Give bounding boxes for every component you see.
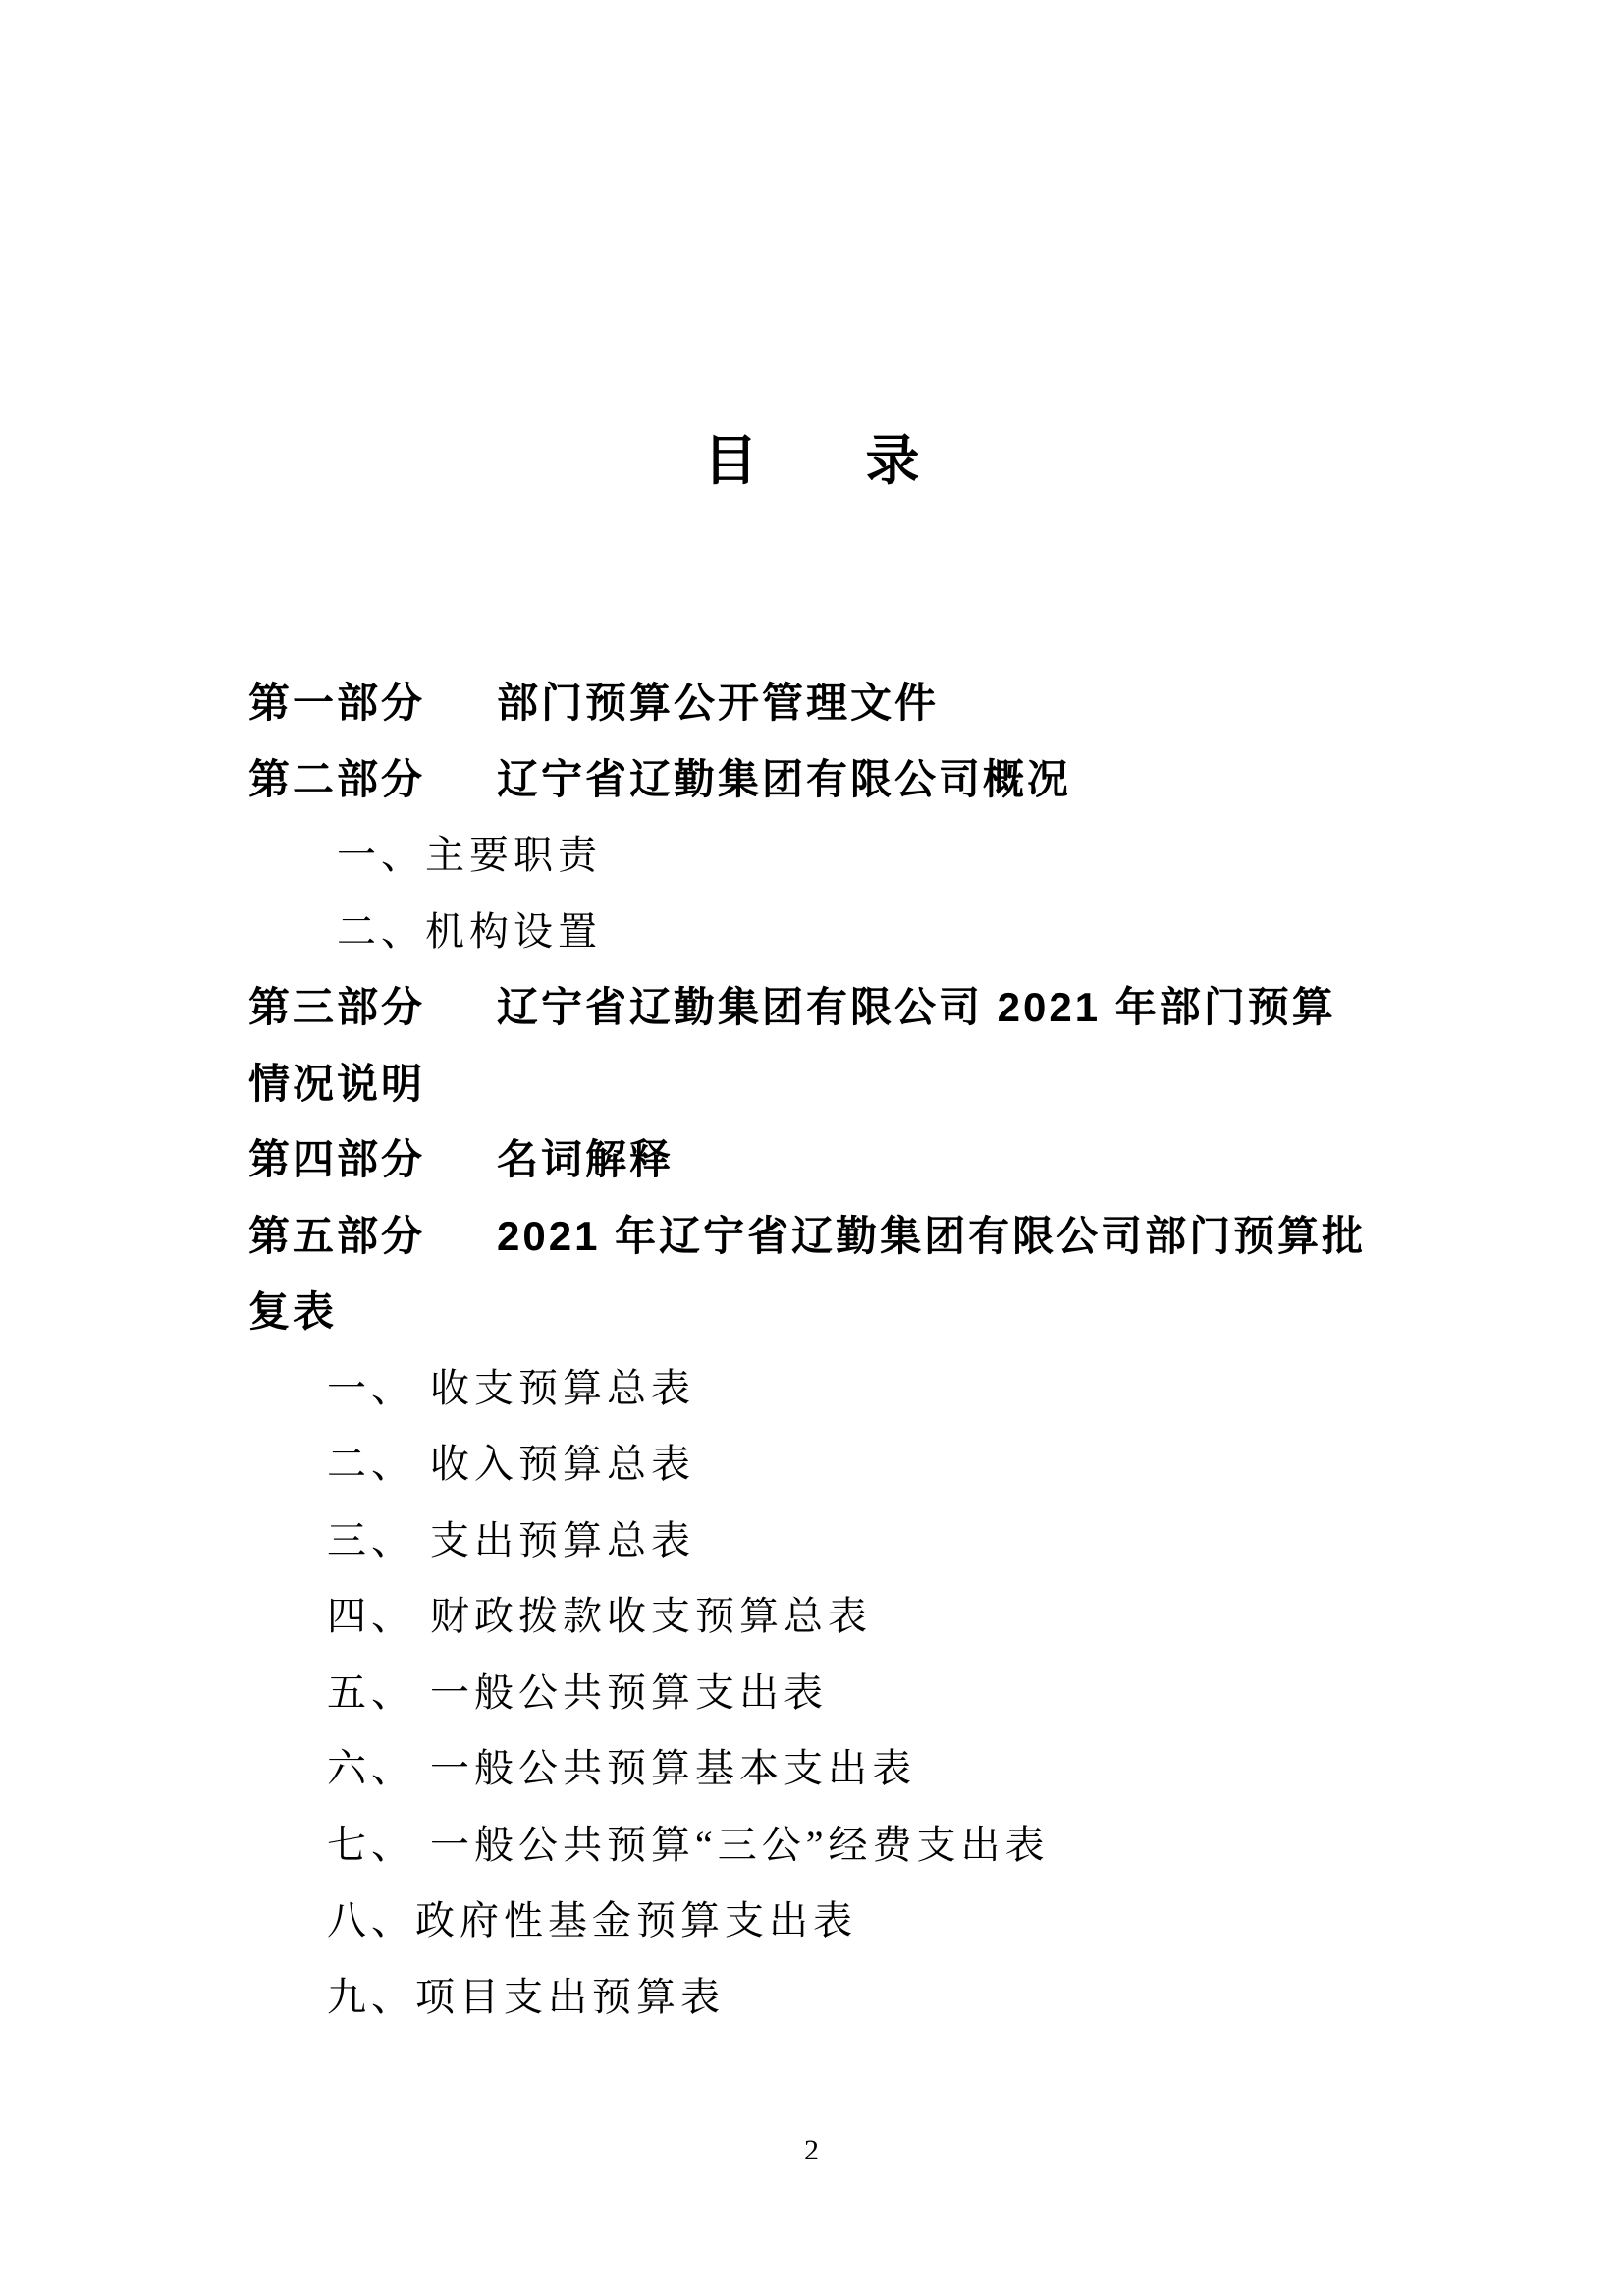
toc-subitem: 一、主要职责 — [248, 817, 1378, 894]
toc-table-item: 一、 收支预算总表 — [248, 1350, 1378, 1427]
toc-subitem: 二、机构设置 — [248, 894, 1378, 970]
document-page: 目 录 第一部分部门预算公开管理文件第二部分辽宁省辽勤集团有限公司概况一、主要职… — [0, 0, 1623, 2296]
page-number: 2 — [0, 2133, 1623, 2168]
page-title: 目 录 — [0, 430, 1623, 493]
toc-list: 第一部分部门预算公开管理文件第二部分辽宁省辽勤集团有限公司概况一、主要职责二、机… — [248, 665, 1378, 2035]
toc-table-item: 八、政府性基金预算支出表 — [248, 1883, 1378, 1959]
toc-table-item: 四、 财政拨款收支预算总表 — [248, 1578, 1378, 1655]
toc-section-label: 第二部分 — [248, 741, 497, 818]
toc-section-entry: 第一部分部门预算公开管理文件 — [248, 665, 1378, 741]
toc-section-title: 部门预算公开管理文件 — [497, 680, 939, 726]
toc-table-item: 三、 支出预算总表 — [248, 1503, 1378, 1579]
toc-section-label: 第四部分 — [248, 1121, 497, 1198]
toc-table-item: 六、 一般公共预算基本支出表 — [248, 1730, 1378, 1807]
toc-table-item: 九、项目支出预算表 — [248, 1959, 1378, 2036]
toc-table-item: 五、 一般公共预算支出表 — [248, 1655, 1378, 1731]
toc-section-title: 名词解释 — [497, 1136, 674, 1182]
toc-section-entry: 第二部分辽宁省辽勤集团有限公司概况 — [248, 741, 1378, 818]
toc-section-title: 辽宁省辽勤集团有限公司概况 — [497, 756, 1071, 802]
toc-section-label: 第五部分 — [248, 1198, 497, 1275]
toc-section-label: 第一部分 — [248, 665, 497, 741]
toc-section-entry: 第五部分2021 年辽宁省辽勤集团有限公司部门预算批复表 — [248, 1198, 1378, 1350]
toc-table-item: 二、 收入预算总表 — [248, 1426, 1378, 1503]
toc-table-item: 七、 一般公共预算“三公”经费支出表 — [248, 1807, 1378, 1884]
toc-section-entry: 第四部分名词解释 — [248, 1121, 1378, 1198]
toc-section-entry: 第三部分辽宁省辽勤集团有限公司 2021 年部门预算情况说明 — [248, 969, 1378, 1121]
toc-section-label: 第三部分 — [248, 969, 497, 1046]
